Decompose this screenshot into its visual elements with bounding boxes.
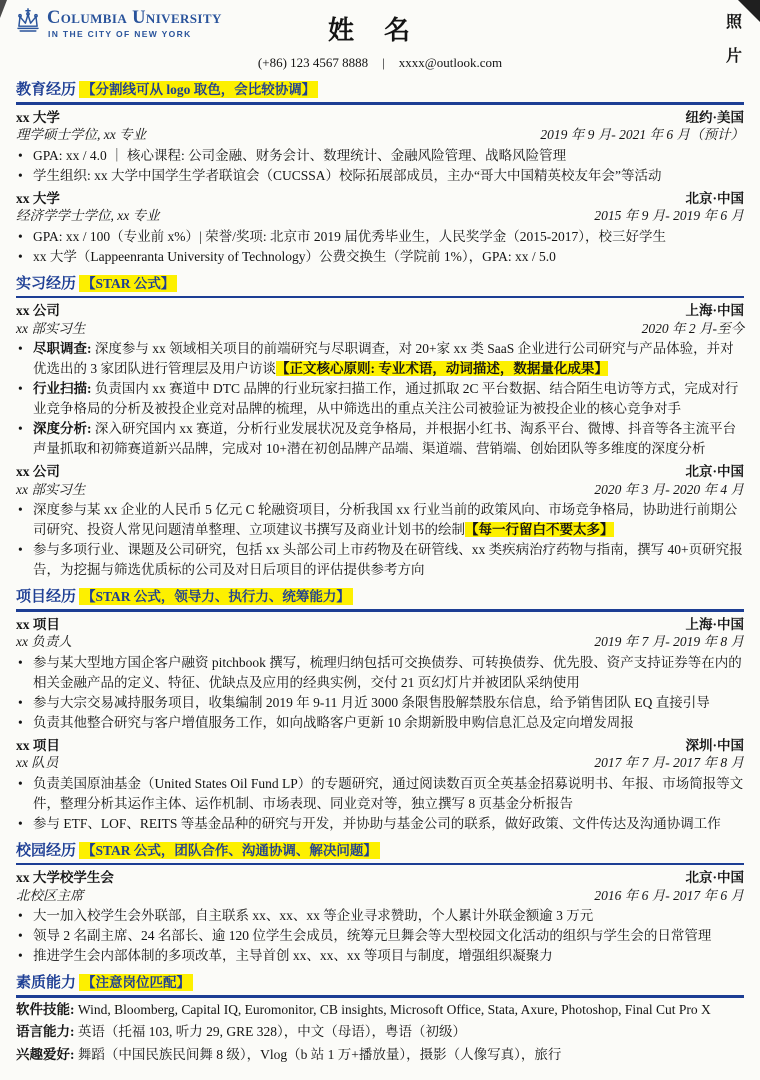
- entry-subtitle-row: xx 部实习生 2020 年 3 月- 2020 年 4 月: [16, 481, 744, 499]
- org-location: 上海·中国: [685, 302, 744, 320]
- bullet-lead: 深度分析:: [33, 421, 95, 436]
- photo-char-1: 照: [726, 15, 742, 31]
- section-education: 教育经历【分割线可从 logo 取色，会比较协调】 xx 大学 纽约·美国 理学…: [16, 80, 744, 267]
- internship-entry: xx 公司 北京·中国 xx 部实习生 2020 年 3 月- 2020 年 4…: [16, 463, 744, 580]
- entry-subtitle-row: xx 负责人 2019 年 7 月- 2019 年 8 月: [16, 633, 744, 651]
- section-divider: [16, 995, 744, 998]
- resume-header: Columbia University IN THE CITY OF NEW Y…: [16, 6, 744, 76]
- contact-line: (+86) 123 4567 8888|xxxx@outlook.com: [16, 55, 744, 71]
- bullet: 负责其他整合研究与客户增值服务工作，如向战略客户更新 10 余期新股申购信息汇总…: [16, 713, 744, 733]
- dates: 2020 年 3 月- 2020 年 4 月: [594, 481, 744, 499]
- skill-row-interests: 兴趣爱好: 舞蹈（中国民族民间舞 8 级），Vlog（b 站 1 万+播放量），…: [16, 1045, 744, 1066]
- entry-subtitle-row: xx 队员 2017 年 7 月- 2017 年 8 月: [16, 754, 744, 772]
- section-skills: 素质能力【注意岗位匹配】 软件技能: Wind, Bloomberg, Capi…: [16, 973, 744, 1065]
- project-location: 深圳·中国: [685, 737, 744, 755]
- entry-subtitle-row: xx 部实习生 2020 年 2 月-至今: [16, 320, 744, 338]
- section-header: 校园经历【STAR 公式，团队合作、沟通协调、解决问题】: [16, 841, 744, 861]
- candidate-name: 姓 名: [6, 10, 734, 47]
- entry-subtitle-row: 理学硕士学位, xx 专业 2019 年 9 月- 2021 年 6 月（预计）: [16, 126, 744, 144]
- section-divider: [16, 609, 744, 612]
- entry-title-row: xx 大学 纽约·美国: [16, 109, 744, 127]
- internship-entry: xx 公司 上海·中国 xx 部实习生 2020 年 2 月-至今 尽职调查: …: [16, 302, 744, 459]
- bullet: 领导 2 名副主席、24 名部长、逾 120 位学生会成员，统筹元旦舞会等大型校…: [16, 926, 744, 946]
- degree: 经济学学士学位, xx 专业: [16, 207, 160, 225]
- section-annotation-highlight: 【注意岗位匹配】: [79, 974, 193, 991]
- bullet-text: 深入研究国内 xx 赛道，分析行业发展状况及竞争格局，并根据小红书、淘系平台、微…: [33, 421, 736, 456]
- skill-text: 英语（托福 103, 听力 29, GRE 328），中文（母语），粤语（初级）: [78, 1024, 466, 1039]
- bullet-text: 推进学生会内部体制的多项改革，主导首创 xx、xx、xx 等项目与制度，增强组织…: [33, 948, 553, 963]
- bullet-text: 负责其他整合研究与客户增值服务工作，如向战略客户更新 10 余期新股申购信息汇总…: [33, 715, 634, 730]
- resume-page: Columbia University IN THE CITY OF NEW Y…: [0, 0, 760, 1065]
- email-address: xxxx@outlook.com: [399, 55, 502, 70]
- bullet-text: xx 大学（Lappeenranta University of Technol…: [33, 249, 556, 264]
- project-name: xx 项目: [16, 737, 60, 755]
- section-annotation-highlight: 【STAR 公式，领导力、执行力、统筹能力】: [79, 588, 353, 605]
- dates: 2019 年 7 月- 2019 年 8 月: [594, 633, 744, 651]
- section-header: 项目经历【STAR 公式，领导力、执行力、统筹能力】: [16, 587, 744, 607]
- bullet: 学生组织: xx 大学中国学生学者联谊会（CUCSSA）校际拓展部成员，主办“哥…: [16, 166, 744, 186]
- org-name: xx 大学: [16, 109, 60, 127]
- org-location: 北京·中国: [685, 463, 744, 481]
- section-title: 实习经历: [16, 276, 76, 292]
- section-title: 素质能力: [16, 975, 76, 991]
- role: xx 部实习生: [16, 481, 85, 499]
- skill-row-language: 语言能力: 英语（托福 103, 听力 29, GRE 328），中文（母语），…: [16, 1022, 744, 1043]
- bullet-lead: 行业扫描:: [33, 381, 95, 396]
- bullet-list: 负责美国原油基金（United States Oil Fund LP）的专题研究…: [16, 774, 744, 834]
- skill-row-software: 软件技能: Wind, Bloomberg, Capital IQ, Eurom…: [16, 1000, 744, 1021]
- section-campus: 校园经历【STAR 公式，团队合作、沟通协调、解决问题】 xx 大学校学生会 北…: [16, 841, 744, 967]
- dates: 2016 年 6 月- 2017 年 6 月: [594, 887, 744, 905]
- entry-subtitle-row: 北校区主席 2016 年 6 月- 2017 年 6 月: [16, 887, 744, 905]
- role: 北校区主席: [16, 887, 84, 905]
- section-internship: 实习经历【STAR 公式】 xx 公司 上海·中国 xx 部实习生 2020 年…: [16, 274, 744, 581]
- bullet-highlight: 【正文核心原则: 专业术语，动词描述，数据量化成果】: [276, 361, 608, 376]
- bullet-list: 参与某大型地方国企客户融资 pitchbook 撰写，梳理归纳包括可交换债券、可…: [16, 653, 744, 733]
- org-name: xx 公司: [16, 463, 60, 481]
- role: xx 队员: [16, 754, 58, 772]
- bullet-list: GPA: xx / 4.0 ｜ 核心课程: 公司金融、财务会计、数理统计、金融风…: [16, 146, 744, 186]
- bullet-text: 深度参与某 xx 企业的人民币 5 亿元 C 轮融资项目，分析我国 xx 行业当…: [33, 502, 737, 537]
- bullet: GPA: xx / 100（专业前 x%）| 荣誉/奖项: 北京市 2019 届…: [16, 227, 744, 247]
- bullet-lead: 尽职调查:: [33, 341, 95, 356]
- skill-label: 兴趣爱好:: [16, 1047, 78, 1062]
- entry-title-row: xx 项目 深圳·中国: [16, 737, 744, 755]
- bullet: 行业扫描: 负责国内 xx 赛道中 DTC 品牌的行业玩家扫描工作，通过抓取 2…: [16, 379, 744, 419]
- bullet: 参与 ETF、LOF、REITS 等基金品种的研究与开发，并协助与基金公司的联系…: [16, 814, 744, 834]
- section-projects: 项目经历【STAR 公式，领导力、执行力、统筹能力】 xx 项目 上海·中国 x…: [16, 587, 744, 834]
- bullet-highlight: 【每一行留白不要太多】: [465, 522, 614, 537]
- project-entry: xx 项目 上海·中国 xx 负责人 2019 年 7 月- 2019 年 8 …: [16, 616, 744, 733]
- degree: 理学硕士学位, xx 专业: [16, 126, 146, 144]
- section-divider: [16, 102, 744, 105]
- bullet: 深度分析: 深入研究国内 xx 赛道，分析行业发展状况及竞争格局，并根据小红书、…: [16, 419, 744, 459]
- org-name: xx 公司: [16, 302, 60, 320]
- bullet-text: 学生组织: xx 大学中国学生学者联谊会（CUCSSA）校际拓展部成员，主办“哥…: [33, 168, 662, 183]
- section-annotation-highlight: 【分割线可从 logo 取色，会比较协调】: [79, 81, 318, 98]
- bullet-text: GPA: xx / 100（专业前 x%）| 荣誉/奖项: 北京市 2019 届…: [33, 229, 666, 244]
- section-header: 实习经历【STAR 公式】: [16, 274, 744, 294]
- entry-title-row: xx 大学 北京·中国: [16, 190, 744, 208]
- bullet-text: 参与 ETF、LOF、REITS 等基金品种的研究与开发，并协助与基金公司的联系…: [33, 816, 721, 831]
- bullet-text: 大一加入校学生会外联部，自主联系 xx、xx、xx 等企业寻求赞助，个人累计外联…: [33, 908, 593, 923]
- section-annotation-highlight: 【STAR 公式】: [79, 275, 177, 292]
- bullet-text: 参与大宗交易减持服务项目，收集编制 2019 年 9-11 月近 3000 条限…: [33, 695, 710, 710]
- skill-label: 软件技能:: [16, 1002, 78, 1017]
- bullet: 负责美国原油基金（United States Oil Fund LP）的专题研究…: [16, 774, 744, 814]
- dates: 2020 年 2 月-至今: [642, 320, 744, 338]
- education-entry: xx 大学 北京·中国 经济学学士学位, xx 专业 2015 年 9 月- 2…: [16, 190, 744, 267]
- bullet-text: 参与某大型地方国企客户融资 pitchbook 撰写，梳理归纳包括可交换债券、可…: [33, 655, 742, 690]
- bullet-text: 参与多项行业、课题及公司研究，包括 xx 头部公司上市药物及在研管线、xx 类疾…: [33, 542, 743, 577]
- bullet-list: 大一加入校学生会外联部，自主联系 xx、xx、xx 等企业寻求赞助，个人累计外联…: [16, 906, 744, 966]
- bullet-list: 深度参与某 xx 企业的人民币 5 亿元 C 轮融资项目，分析我国 xx 行业当…: [16, 500, 744, 580]
- section-divider: [16, 296, 744, 299]
- contact-separator: |: [382, 55, 385, 70]
- bullet: xx 大学（Lappeenranta University of Technol…: [16, 247, 744, 267]
- org-location: 北京·中国: [685, 869, 744, 887]
- skill-text: Wind, Bloomberg, Capital IQ, Euromonitor…: [78, 1002, 711, 1017]
- bullet: 参与大宗交易减持服务项目，收集编制 2019 年 9-11 月近 3000 条限…: [16, 693, 744, 713]
- role: xx 部实习生: [16, 320, 85, 338]
- project-entry: xx 项目 深圳·中国 xx 队员 2017 年 7 月- 2017 年 8 月…: [16, 737, 744, 834]
- bullet: 尽职调查: 深度参与 xx 领域相关项目的前端研究与尽职调查，对 20+家 xx…: [16, 339, 744, 379]
- section-title: 项目经历: [16, 589, 76, 605]
- section-divider: [16, 863, 744, 866]
- project-name: xx 项目: [16, 616, 60, 634]
- bullet-text: 负责美国原油基金（United States Oil Fund LP）的专题研究…: [33, 776, 743, 811]
- bullet-text: 领导 2 名副主席、24 名部长、逾 120 位学生会成员，统筹元旦舞会等大型校…: [33, 928, 711, 943]
- role: xx 负责人: [16, 633, 72, 651]
- bullet-text: GPA: xx / 4.0 ｜ 核心课程: 公司金融、财务会计、数理统计、金融风…: [33, 148, 566, 163]
- entry-title-row: xx 项目 上海·中国: [16, 616, 744, 634]
- org-name: xx 大学: [16, 190, 60, 208]
- org-location: 纽约·美国: [685, 109, 744, 127]
- bullet-list: 尽职调查: 深度参与 xx 领域相关项目的前端研究与尽职调查，对 20+家 xx…: [16, 339, 744, 459]
- bullet: 参与多项行业、课题及公司研究，包括 xx 头部公司上市药物及在研管线、xx 类疾…: [16, 540, 744, 580]
- bullet-list: GPA: xx / 100（专业前 x%）| 荣誉/奖项: 北京市 2019 届…: [16, 227, 744, 267]
- bullet: 参与某大型地方国企客户融资 pitchbook 撰写，梳理归纳包括可交换债券、可…: [16, 653, 744, 693]
- entry-subtitle-row: 经济学学士学位, xx 专业 2015 年 9 月- 2019 年 6 月: [16, 207, 744, 225]
- org-location: 北京·中国: [685, 190, 744, 208]
- bullet-text: 负责国内 xx 赛道中 DTC 品牌的行业玩家扫描工作，通过抓取 2C 平台数据…: [33, 381, 738, 416]
- bullet: 大一加入校学生会外联部，自主联系 xx、xx、xx 等企业寻求赞助，个人累计外联…: [16, 906, 744, 926]
- bullet: GPA: xx / 4.0 ｜ 核心课程: 公司金融、财务会计、数理统计、金融风…: [16, 146, 744, 166]
- skill-label: 语言能力:: [16, 1024, 78, 1039]
- campus-entry: xx 大学校学生会 北京·中国 北校区主席 2016 年 6 月- 2017 年…: [16, 869, 744, 966]
- skill-text: 舞蹈（中国民族民间舞 8 级），Vlog（b 站 1 万+播放量），摄影（人像写…: [78, 1047, 562, 1062]
- entry-title-row: xx 大学校学生会 北京·中国: [16, 869, 744, 887]
- dates: 2019 年 9 月- 2021 年 6 月（预计）: [540, 126, 744, 144]
- entry-title-row: xx 公司 北京·中国: [16, 463, 744, 481]
- bullet: 深度参与某 xx 企业的人民币 5 亿元 C 轮融资项目，分析我国 xx 行业当…: [16, 500, 744, 540]
- section-title: 校园经历: [16, 843, 76, 859]
- section-annotation-highlight: 【STAR 公式，团队合作、沟通协调、解决问题】: [79, 842, 380, 859]
- dates: 2015 年 9 月- 2019 年 6 月: [594, 207, 744, 225]
- section-header: 素质能力【注意岗位匹配】: [16, 973, 744, 993]
- phone-number: (+86) 123 4567 8888: [258, 55, 368, 70]
- section-header: 教育经历【分割线可从 logo 取色，会比较协调】: [16, 80, 744, 100]
- section-title: 教育经历: [16, 82, 76, 98]
- education-entry: xx 大学 纽约·美国 理学硕士学位, xx 专业 2019 年 9 月- 20…: [16, 109, 744, 186]
- dates: 2017 年 7 月- 2017 年 8 月: [594, 754, 744, 772]
- entry-title-row: xx 公司 上海·中国: [16, 302, 744, 320]
- org-name: xx 大学校学生会: [16, 869, 114, 887]
- bullet: 推进学生会内部体制的多项改革，主导首创 xx、xx、xx 等项目与制度，增强组织…: [16, 946, 744, 966]
- project-location: 上海·中国: [685, 616, 744, 634]
